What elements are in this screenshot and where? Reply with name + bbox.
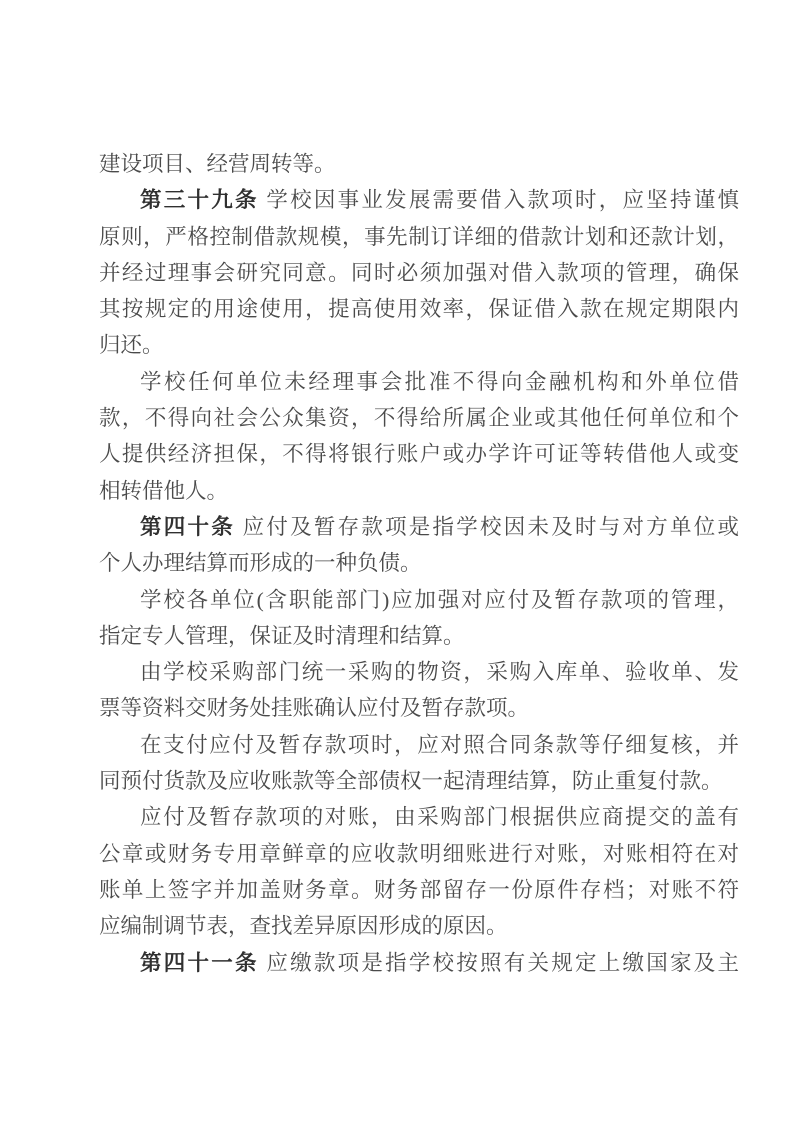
text-line: 并经过理事会研究同意。同时必须加强对借入款项的管理，确保 bbox=[99, 255, 739, 291]
text-run: 建设项目、经营周转等。 bbox=[99, 152, 336, 176]
text-line: 由学校采购部门统一采购的物资，采购入库单、验收单、发 bbox=[99, 654, 739, 690]
text-line: 公章或财务专用章鲜章的应收款明细账进行对账，对账相符在对 bbox=[99, 836, 739, 872]
article-number: 第四十一条 bbox=[140, 951, 259, 975]
text-run: 并经过理事会研究同意。同时必须加强对借入款项的管理，确保 bbox=[99, 261, 739, 285]
text-run: 在支付应付及暂存款项时，应对照合同条款等仔细复核，并 bbox=[140, 733, 739, 757]
article-number: 第四十条 bbox=[140, 515, 235, 539]
text-line: 票等资料交财务处挂账确认应付及暂存款项。 bbox=[99, 690, 739, 726]
text-run: 学校任何单位未经理事会批准不得向金融机构和外单位借 bbox=[140, 370, 739, 394]
text-run: 应缴款项是指学校按照有关规定上缴国家及主 bbox=[259, 951, 739, 975]
text-line: 账单上签字并加盖财务章。财务部留存一份原件存档；对账不符 bbox=[99, 872, 739, 908]
text-run: 款，不得向社会公众集资，不得给所属企业或其他任何单位和个 bbox=[99, 406, 739, 430]
text-line: 在支付应付及暂存款项时，应对照合同条款等仔细复核，并 bbox=[99, 727, 739, 763]
text-run: 归还。 bbox=[99, 333, 164, 357]
document-page: 建设项目、经营周转等。第三十九条 学校因事业发展需要借入款项时，应坚持谨慎原则，… bbox=[0, 0, 793, 1122]
article-number: 第三十九条 bbox=[140, 188, 259, 212]
text-line: 学校任何单位未经理事会批准不得向金融机构和外单位借 bbox=[99, 364, 739, 400]
document-lines: 建设项目、经营周转等。第三十九条 学校因事业发展需要借入款项时，应坚持谨慎原则，… bbox=[99, 146, 739, 981]
text-line: 应编制调节表，查找差异原因形成的原因。 bbox=[99, 908, 739, 944]
text-line: 个人办理结算而形成的一种负债。 bbox=[99, 545, 739, 581]
text-line: 归还。 bbox=[99, 327, 739, 363]
text-run: 指定专人管理，保证及时清理和结算。 bbox=[99, 624, 465, 648]
text-line: 相转借他人。 bbox=[99, 473, 739, 509]
text-line: 其按规定的用途使用，提高使用效率，保证借入款在规定期限内 bbox=[99, 291, 739, 327]
text-line: 款，不得向社会公众集资，不得给所属企业或其他任何单位和个 bbox=[99, 400, 739, 436]
text-run: 应付及暂存款项的对账，由采购部门根据供应商提交的盖有 bbox=[140, 805, 739, 829]
text-line: 指定专人管理，保证及时清理和结算。 bbox=[99, 618, 739, 654]
text-run: 应编制调节表，查找差异原因形成的原因。 bbox=[99, 914, 508, 938]
text-line: 第四十一条 应缴款项是指学校按照有关规定上缴国家及主 bbox=[99, 945, 739, 981]
text-run: 相转借他人。 bbox=[99, 479, 228, 503]
text-line: 第三十九条 学校因事业发展需要借入款项时，应坚持谨慎 bbox=[99, 182, 739, 218]
text-run: 原则，严格控制借款规模，事先制订详细的借款计划和还款计划， bbox=[99, 225, 739, 249]
text-run: 其按规定的用途使用，提高使用效率，保证借入款在规定期限内 bbox=[99, 297, 739, 321]
text-run: 个人办理结算而形成的一种负债。 bbox=[99, 551, 422, 575]
text-run: 人提供经济担保，不得将银行账户或办学许可证等转借他人或变 bbox=[99, 442, 739, 466]
text-line: 原则，严格控制借款规模，事先制订详细的借款计划和还款计划， bbox=[99, 219, 739, 255]
text-line: 学校各单位(含职能部门)应加强对应付及暂存款项的管理， bbox=[99, 582, 739, 618]
text-run: 学校因事业发展需要借入款项时，应坚持谨慎 bbox=[259, 188, 739, 212]
text-run: 票等资料交财务处挂账确认应付及暂存款项。 bbox=[99, 696, 529, 720]
text-run: 学校各单位(含职能部门)应加强对应付及暂存款项的管理， bbox=[140, 588, 739, 612]
text-run: 公章或财务专用章鲜章的应收款明细账进行对账，对账相符在对 bbox=[99, 842, 739, 866]
text-run: 同预付货款及应收账款等全部债权一起清理结算，防止重复付款。 bbox=[99, 769, 723, 793]
text-line: 建设项目、经营周转等。 bbox=[99, 146, 739, 182]
text-run: 应付及暂存款项是指学校因未及时与对方单位或 bbox=[235, 515, 739, 539]
text-line: 应付及暂存款项的对账，由采购部门根据供应商提交的盖有 bbox=[99, 799, 739, 835]
text-line: 人提供经济担保，不得将银行账户或办学许可证等转借他人或变 bbox=[99, 436, 739, 472]
text-run: 由学校采购部门统一采购的物资，采购入库单、验收单、发 bbox=[140, 660, 739, 684]
text-run: 账单上签字并加盖财务章。财务部留存一份原件存档；对账不符 bbox=[99, 878, 739, 902]
text-line: 同预付货款及应收账款等全部债权一起清理结算，防止重复付款。 bbox=[99, 763, 739, 799]
text-line: 第四十条 应付及暂存款项是指学校因未及时与对方单位或 bbox=[99, 509, 739, 545]
